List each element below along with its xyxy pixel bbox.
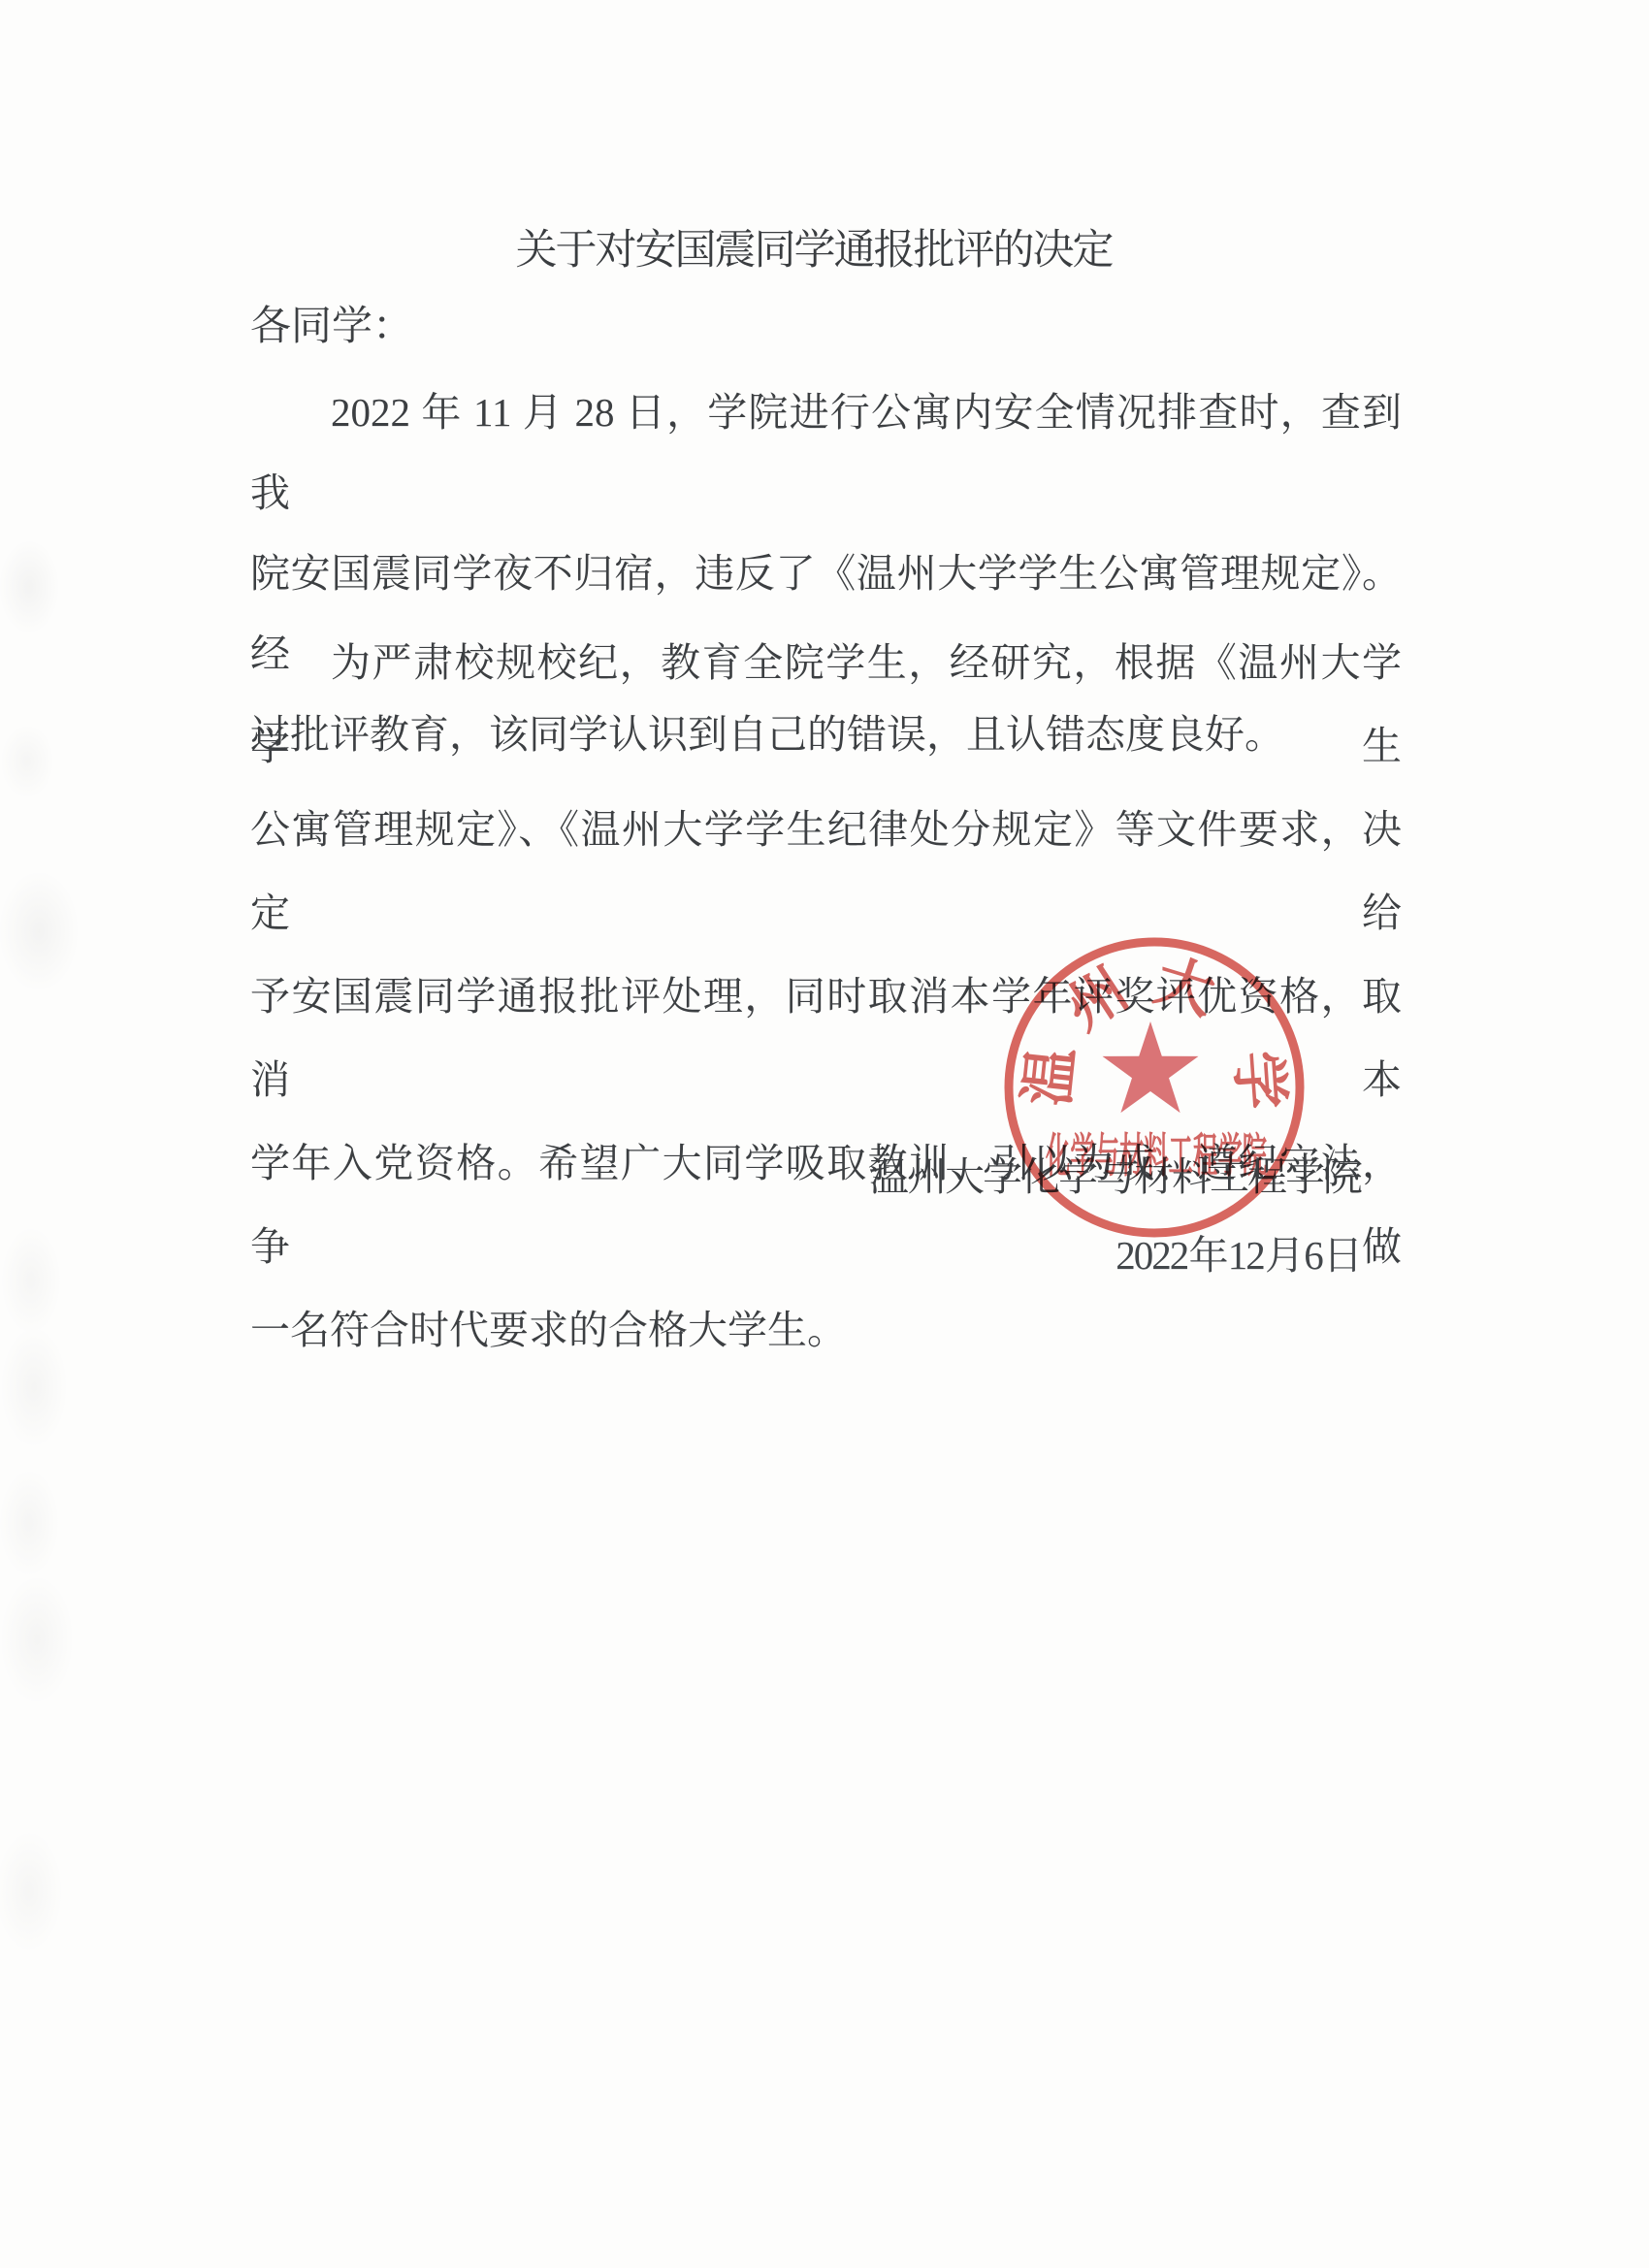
text-line: 为严肃校规校纪，教育全院学生，经研究，根据《温州大学学生 <box>250 621 1402 788</box>
text-line: 一名符合时代要求的合格大学生。 <box>250 1288 1402 1372</box>
seal-college-text: 化学与材料工程学院 <box>1045 1131 1267 1183</box>
document-title: 关于对安国震同学通报批评的决定 <box>0 217 1628 276</box>
scanned-notice-page: 关于对安国震同学通报批评的决定 各同学： 2022 年 11 月 28 日，学院… <box>0 0 1649 2268</box>
salutation: 各同学： <box>250 294 413 352</box>
text-line: 2022 年 11 月 28 日，学院进行公寓内安全情况排查时，查到我 <box>250 373 1402 534</box>
seal-char-xue: 学 <box>1225 1049 1293 1111</box>
seal-char-wen: 温 <box>1016 1044 1085 1109</box>
star-icon <box>1103 1021 1199 1113</box>
text-line: 公寓管理规定》、《温州大学学生纪律处分规定》等文件要求，决定给 <box>250 788 1402 955</box>
seal-char-da: 大 <box>1148 948 1222 1026</box>
official-seal: 温 州 大 学 化学与材料工程学院 <box>999 932 1309 1243</box>
